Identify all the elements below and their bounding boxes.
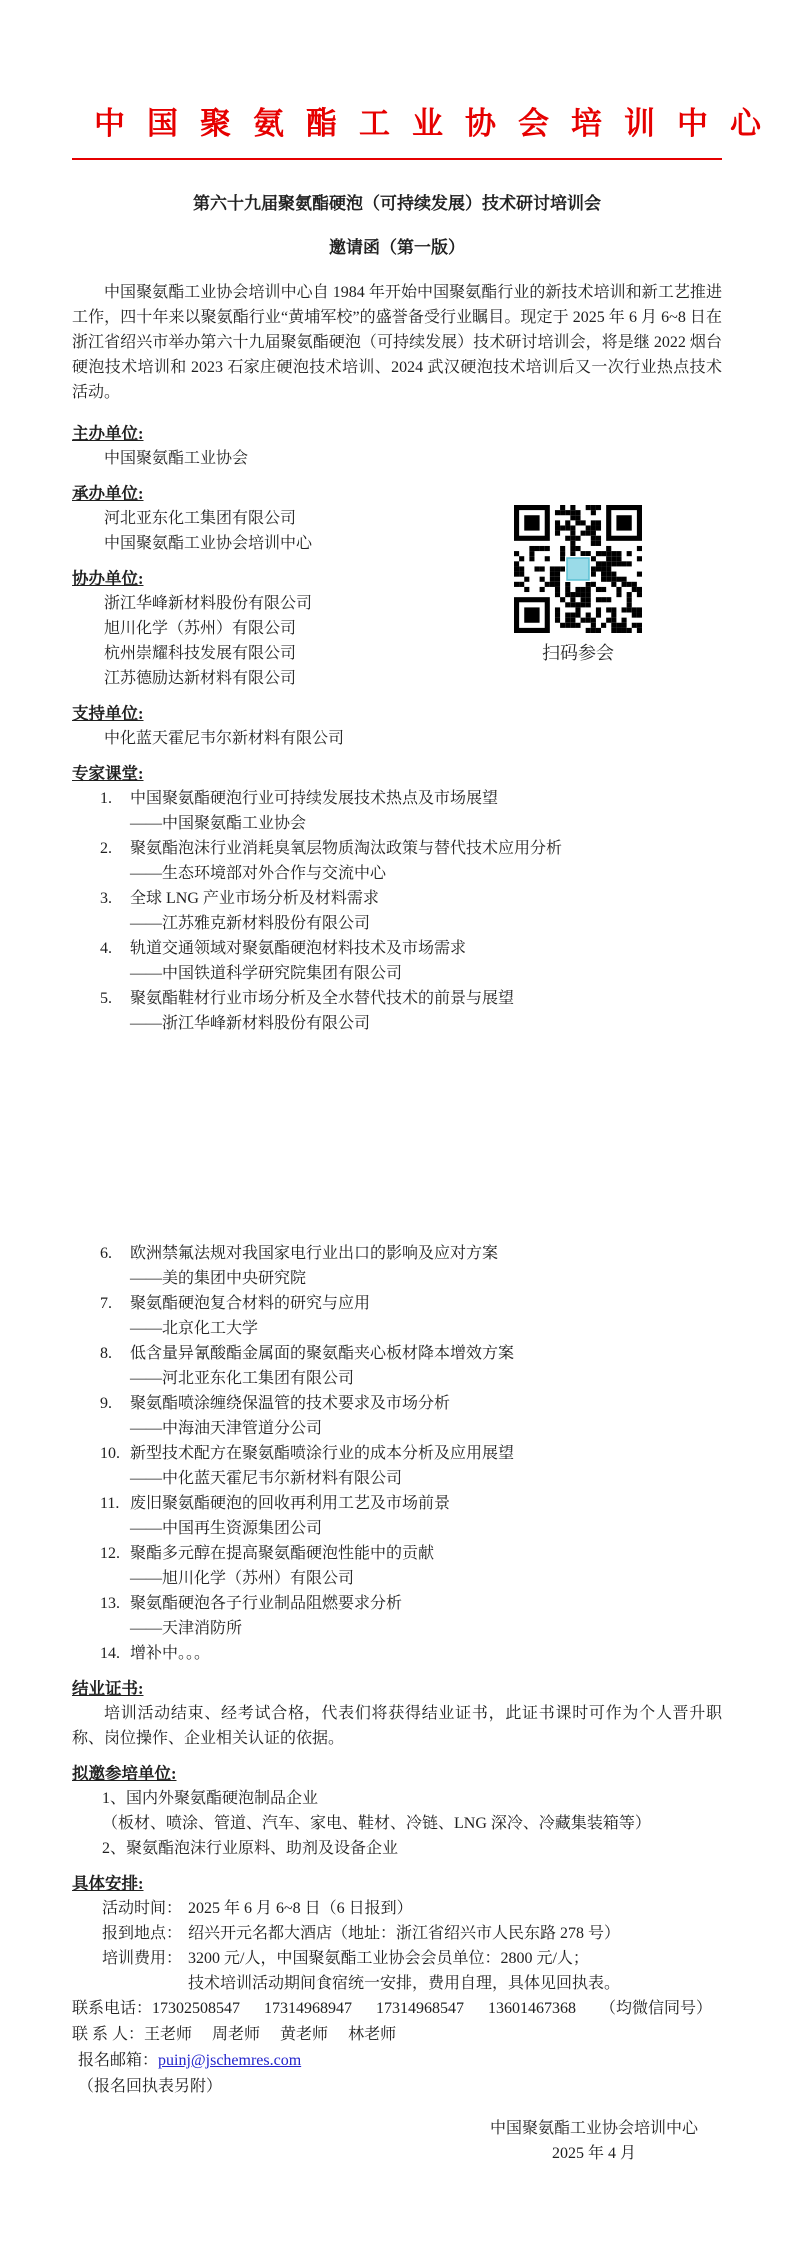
contact-email-line: 报名邮箱：puinj@jschemres.com (78, 2048, 722, 2074)
lecture-number: 1. (100, 786, 130, 811)
person-label: 联 系 人： (72, 2026, 144, 2043)
section-heading-arrangements: 具体安排: (72, 1871, 722, 1896)
lecture-number: 12. (100, 1541, 130, 1566)
footer-date: 2025 年 4 月 (490, 2141, 698, 2166)
phone-number: 17302508547 (152, 2000, 240, 2017)
lecture-number: 10. (100, 1441, 130, 1466)
contact-person-line: 联 系 人：王老师周老师黄老师林老师 (72, 2022, 722, 2048)
lecture-presenter: ——中国再生资源集团公司 (130, 1516, 722, 1541)
qr-code-icon (514, 505, 642, 633)
invitee-line: （板材、喷涂、管道、汽车、家电、鞋材、冷链、LNG 深冷、冷藏集装箱等） (102, 1811, 722, 1836)
phone-label: 联系电话： (72, 2000, 152, 2017)
lecture-topic: 聚氨酯泡沫行业消耗臭氧层物质淘汰政策与替代技术应用分析 (130, 836, 722, 861)
supporter-units: 中化蓝天霍尼韦尔新材料有限公司 (72, 726, 722, 751)
lecture-item: 11. 废旧聚氨酯硬泡的回收再利用工艺及市场前景 ——中国再生资源集团公司 (72, 1491, 722, 1541)
lecture-presenter: ——美的集团中央研究院 (130, 1266, 722, 1291)
lecture-presenter: ——旭川化学（苏州）有限公司 (130, 1566, 722, 1591)
lecture-item: 3. 全球 LNG 产业市场分析及材料需求 ——江苏雅克新材料股份有限公司 (72, 886, 722, 936)
lecture-item: 8. 低含量异氰酸酯金属面的聚氨酯夹心板材降本增效方案 ——河北亚东化工集团有限… (72, 1341, 722, 1391)
qr-caption: 扫码参会 (514, 641, 642, 665)
lecture-item: 6. 欧洲禁氟法规对我国家电行业出口的影响及应对方案 ——美的集团中央研究院 (72, 1241, 722, 1291)
lecture-number: 14. (100, 1641, 130, 1666)
lecture-topic: 聚氨酯喷涂缠绕保温管的技术要求及市场分析 (130, 1391, 722, 1416)
person-name: 周老师 (212, 2026, 260, 2043)
invitation-document: 中国聚氨酯工业协会培训中心 第六十九届聚氨酯硬泡（可持续发展）技术研讨培训会 邀… (0, 0, 794, 2246)
section-host: 主办单位: 中国聚氨酯工业协会 (72, 421, 722, 471)
person-name: 林老师 (348, 2026, 396, 2043)
section-arrangements: 具体安排: 活动时间：2025 年 6 月 6~8 日（6 日报到） 报到地点：… (72, 1871, 722, 2100)
lecture-number: 7. (100, 1291, 130, 1316)
arrangement-value: 技术培训活动期间食宿统一安排，费用自理，具体见回执表。 (188, 1975, 620, 1992)
invitee-line: 2、聚氨酯泡沫行业原料、助剂及设备企业 (102, 1836, 722, 1861)
lecture-item: 13. 聚氨酯硬泡各子行业制品阻燃要求分析 ——天津消防所 (72, 1591, 722, 1641)
lecture-presenter: ——天津消防所 (130, 1616, 722, 1641)
lecture-presenter: ——中国铁道科学研究院集团有限公司 (130, 961, 722, 986)
contact-phone-line: 联系电话：17302508547173149689471731496854713… (72, 1996, 722, 2022)
phone-number: 17314968547 (376, 2000, 464, 2017)
lecture-topic: 聚氨酯硬泡复合材料的研究与应用 (130, 1291, 722, 1316)
certificate-body: 培训活动结束、经考试合格，代表们将获得结业证书，此证书课时可作为个人晋升职称、岗… (72, 1701, 722, 1751)
lecture-presenter: ——中化蓝天霍尼韦尔新材料有限公司 (130, 1466, 722, 1491)
lecture-topic: 中国聚氨酯硬泡行业可持续发展技术热点及市场展望 (130, 786, 722, 811)
footer-org: 中国聚氨酯工业协会培训中心 (490, 2116, 698, 2141)
arrangement-label: 报到地点： (102, 1921, 188, 1946)
lecture-number: 9. (100, 1391, 130, 1416)
unit-name: 江苏德励达新材料有限公司 (104, 666, 722, 691)
arrangement-lines: 活动时间：2025 年 6 月 6~8 日（6 日报到） 报到地点：绍兴开元名都… (72, 1896, 722, 1996)
letterhead-divider (72, 158, 722, 160)
person-name: 王老师 (144, 2026, 192, 2043)
section-invitees: 拟邀参培单位: 1、国内外聚氨酯硬泡制品企业（板材、喷涂、管道、汽车、家电、鞋材… (72, 1761, 722, 1861)
letterhead-title: 中国聚氨酯工业协会培训中心 (72, 104, 722, 144)
lecture-item: 9. 聚氨酯喷涂缠绕保温管的技术要求及市场分析 ——中海油天津管道分公司 (72, 1391, 722, 1441)
unit-name: 中国聚氨酯工业协会 (104, 446, 722, 471)
phone-note: （均微信同号） (600, 2000, 712, 2017)
section-expert-lectures: 专家课堂: 1. 中国聚氨酯硬泡行业可持续发展技术热点及市场展望 ——中国聚氨酯… (72, 761, 722, 1036)
lecture-number: 2. (100, 836, 130, 861)
lecture-item: 14. 增补中。。。 (72, 1641, 722, 1666)
arrangement-line: 技术培训活动期间食宿统一安排，费用自理，具体见回执表。 (102, 1971, 722, 1996)
reply-form-note: （报名回执表另附） (78, 2074, 722, 2100)
lecture-number: 6. (100, 1241, 130, 1266)
version-title: 邀请函（第一版） (72, 236, 722, 260)
section-heading-supporter: 支持单位: (72, 701, 722, 726)
lecture-presenter: ——江苏雅克新材料股份有限公司 (130, 911, 722, 936)
phone-number: 17314968947 (264, 2000, 352, 2017)
event-title: 第六十九届聚氨酯硬泡（可持续发展）技术研讨培训会 (72, 192, 722, 216)
lecture-item: 5. 聚氨酯鞋材行业市场分析及全水替代技术的前景与展望 ——浙江华峰新材料股份有… (72, 986, 722, 1036)
lecture-topic: 聚氨酯鞋材行业市场分析及全水替代技术的前景与展望 (130, 986, 722, 1011)
qr-block: 扫码参会 (514, 505, 642, 665)
section-heading-certificate: 结业证书: (72, 1676, 722, 1701)
host-units: 中国聚氨酯工业协会 (72, 446, 722, 471)
lecture-topic: 欧洲禁氟法规对我国家电行业出口的影响及应对方案 (130, 1241, 722, 1266)
section-heading-undertaker: 承办单位: (72, 481, 722, 506)
lecture-topic: 增补中。。。 (130, 1641, 722, 1666)
unit-name: 中化蓝天霍尼韦尔新材料有限公司 (104, 726, 722, 751)
phone-number: 13601467368 (488, 2000, 576, 2017)
arrangement-label: 活动时间： (102, 1896, 188, 1921)
arrangement-value: 2025 年 6 月 6~8 日（6 日报到） (188, 1900, 413, 1917)
arrangement-label: 培训费用： (102, 1946, 188, 1971)
section-supporter: 支持单位: 中化蓝天霍尼韦尔新材料有限公司 (72, 701, 722, 751)
lecture-topic: 聚酯多元醇在提高聚氨酯硬泡性能中的贡献 (130, 1541, 722, 1566)
lecture-item: 4. 轨道交通领域对聚氨酯硬泡材料技术及市场需求 ——中国铁道科学研究院集团有限… (72, 936, 722, 986)
lecture-number: 5. (100, 986, 130, 1011)
lecture-item: 10. 新型技术配方在聚氨酯喷涂行业的成本分析及应用展望 ——中化蓝天霍尼韦尔新… (72, 1441, 722, 1491)
lecture-number: 3. (100, 886, 130, 911)
person-name: 黄老师 (280, 2026, 328, 2043)
arrangement-value: 绍兴开元名都大酒店（地址：浙江省绍兴市人民东路 278 号） (188, 1925, 620, 1942)
lecture-presenter: ——北京化工大学 (130, 1316, 722, 1341)
lecture-list-part1: 1. 中国聚氨酯硬泡行业可持续发展技术热点及市场展望 ——中国聚氨酯工业协会 2… (72, 786, 722, 1036)
email-link[interactable]: puinj@jschemres.com (158, 2052, 301, 2069)
arrangement-line: 报到地点：绍兴开元名都大酒店（地址：浙江省绍兴市人民东路 278 号） (102, 1921, 722, 1946)
intro-paragraph: 中国聚氨酯工业协会培训中心自 1984 年开始中国聚氨酯行业的新技术培训和新工艺… (72, 280, 722, 405)
lecture-number: 13. (100, 1591, 130, 1616)
lecture-presenter: ——河北亚东化工集团有限公司 (130, 1366, 722, 1391)
lecture-item: 7. 聚氨酯硬泡复合材料的研究与应用 ——北京化工大学 (72, 1291, 722, 1341)
lecture-presenter: ——中国聚氨酯工业协会 (130, 811, 722, 836)
section-certificate: 结业证书: 培训活动结束、经考试合格，代表们将获得结业证书，此证书课时可作为个人… (72, 1676, 722, 1751)
lecture-topic: 废旧聚氨酯硬泡的回收再利用工艺及市场前景 (130, 1491, 722, 1516)
invitee-lines: 1、国内外聚氨酯硬泡制品企业（板材、喷涂、管道、汽车、家电、鞋材、冷链、LNG … (72, 1786, 722, 1861)
arrangement-value: 3200 元/人，中国聚氨酯工业协会会员单位：2800 元/人； (188, 1950, 589, 1967)
arrangement-line: 培训费用：3200 元/人，中国聚氨酯工业协会会员单位：2800 元/人； (102, 1946, 722, 1971)
arrangement-line: 活动时间：2025 年 6 月 6~8 日（6 日报到） (102, 1896, 722, 1921)
section-heading-expert: 专家课堂: (72, 761, 722, 786)
lecture-topic: 新型技术配方在聚氨酯喷涂行业的成本分析及应用展望 (130, 1441, 722, 1466)
lecture-presenter: ——生态环境部对外合作与交流中心 (130, 861, 722, 886)
lecture-number: 11. (100, 1491, 130, 1516)
section-heading-invitees: 拟邀参培单位: (72, 1761, 722, 1786)
lecture-list-part2: 6. 欧洲禁氟法规对我国家电行业出口的影响及应对方案 ——美的集团中央研究院 7… (72, 1241, 722, 1666)
lecture-item: 12. 聚酯多元醇在提高聚氨酯硬泡性能中的贡献 ——旭川化学（苏州）有限公司 (72, 1541, 722, 1591)
lecture-topic: 聚氨酯硬泡各子行业制品阻燃要求分析 (130, 1591, 722, 1616)
email-label: 报名邮箱： (78, 2052, 158, 2069)
lecture-number: 4. (100, 936, 130, 961)
lecture-presenter: ——浙江华峰新材料股份有限公司 (130, 1011, 722, 1036)
lecture-item: 2. 聚氨酯泡沫行业消耗臭氧层物质淘汰政策与替代技术应用分析 ——生态环境部对外… (72, 836, 722, 886)
lecture-presenter: ——中海油天津管道分公司 (130, 1416, 722, 1441)
lecture-topic: 轨道交通领域对聚氨酯硬泡材料技术及市场需求 (130, 936, 722, 961)
phone-numbers: 1730250854717314968947173149685471360146… (152, 2000, 600, 2017)
section-heading-host: 主办单位: (72, 421, 722, 446)
lecture-number: 8. (100, 1341, 130, 1366)
footer-signature: 中国聚氨酯工业协会培训中心 2025 年 4 月 (490, 2116, 698, 2166)
page-break-gap (72, 1036, 722, 1241)
invitee-line: 1、国内外聚氨酯硬泡制品企业 (102, 1786, 722, 1811)
lecture-topic: 全球 LNG 产业市场分析及材料需求 (130, 886, 722, 911)
person-names: 王老师周老师黄老师林老师 (144, 2026, 416, 2043)
lecture-topic: 低含量异氰酸酯金属面的聚氨酯夹心板材降本增效方案 (130, 1341, 722, 1366)
lecture-item: 1. 中国聚氨酯硬泡行业可持续发展技术热点及市场展望 ——中国聚氨酯工业协会 (72, 786, 722, 836)
